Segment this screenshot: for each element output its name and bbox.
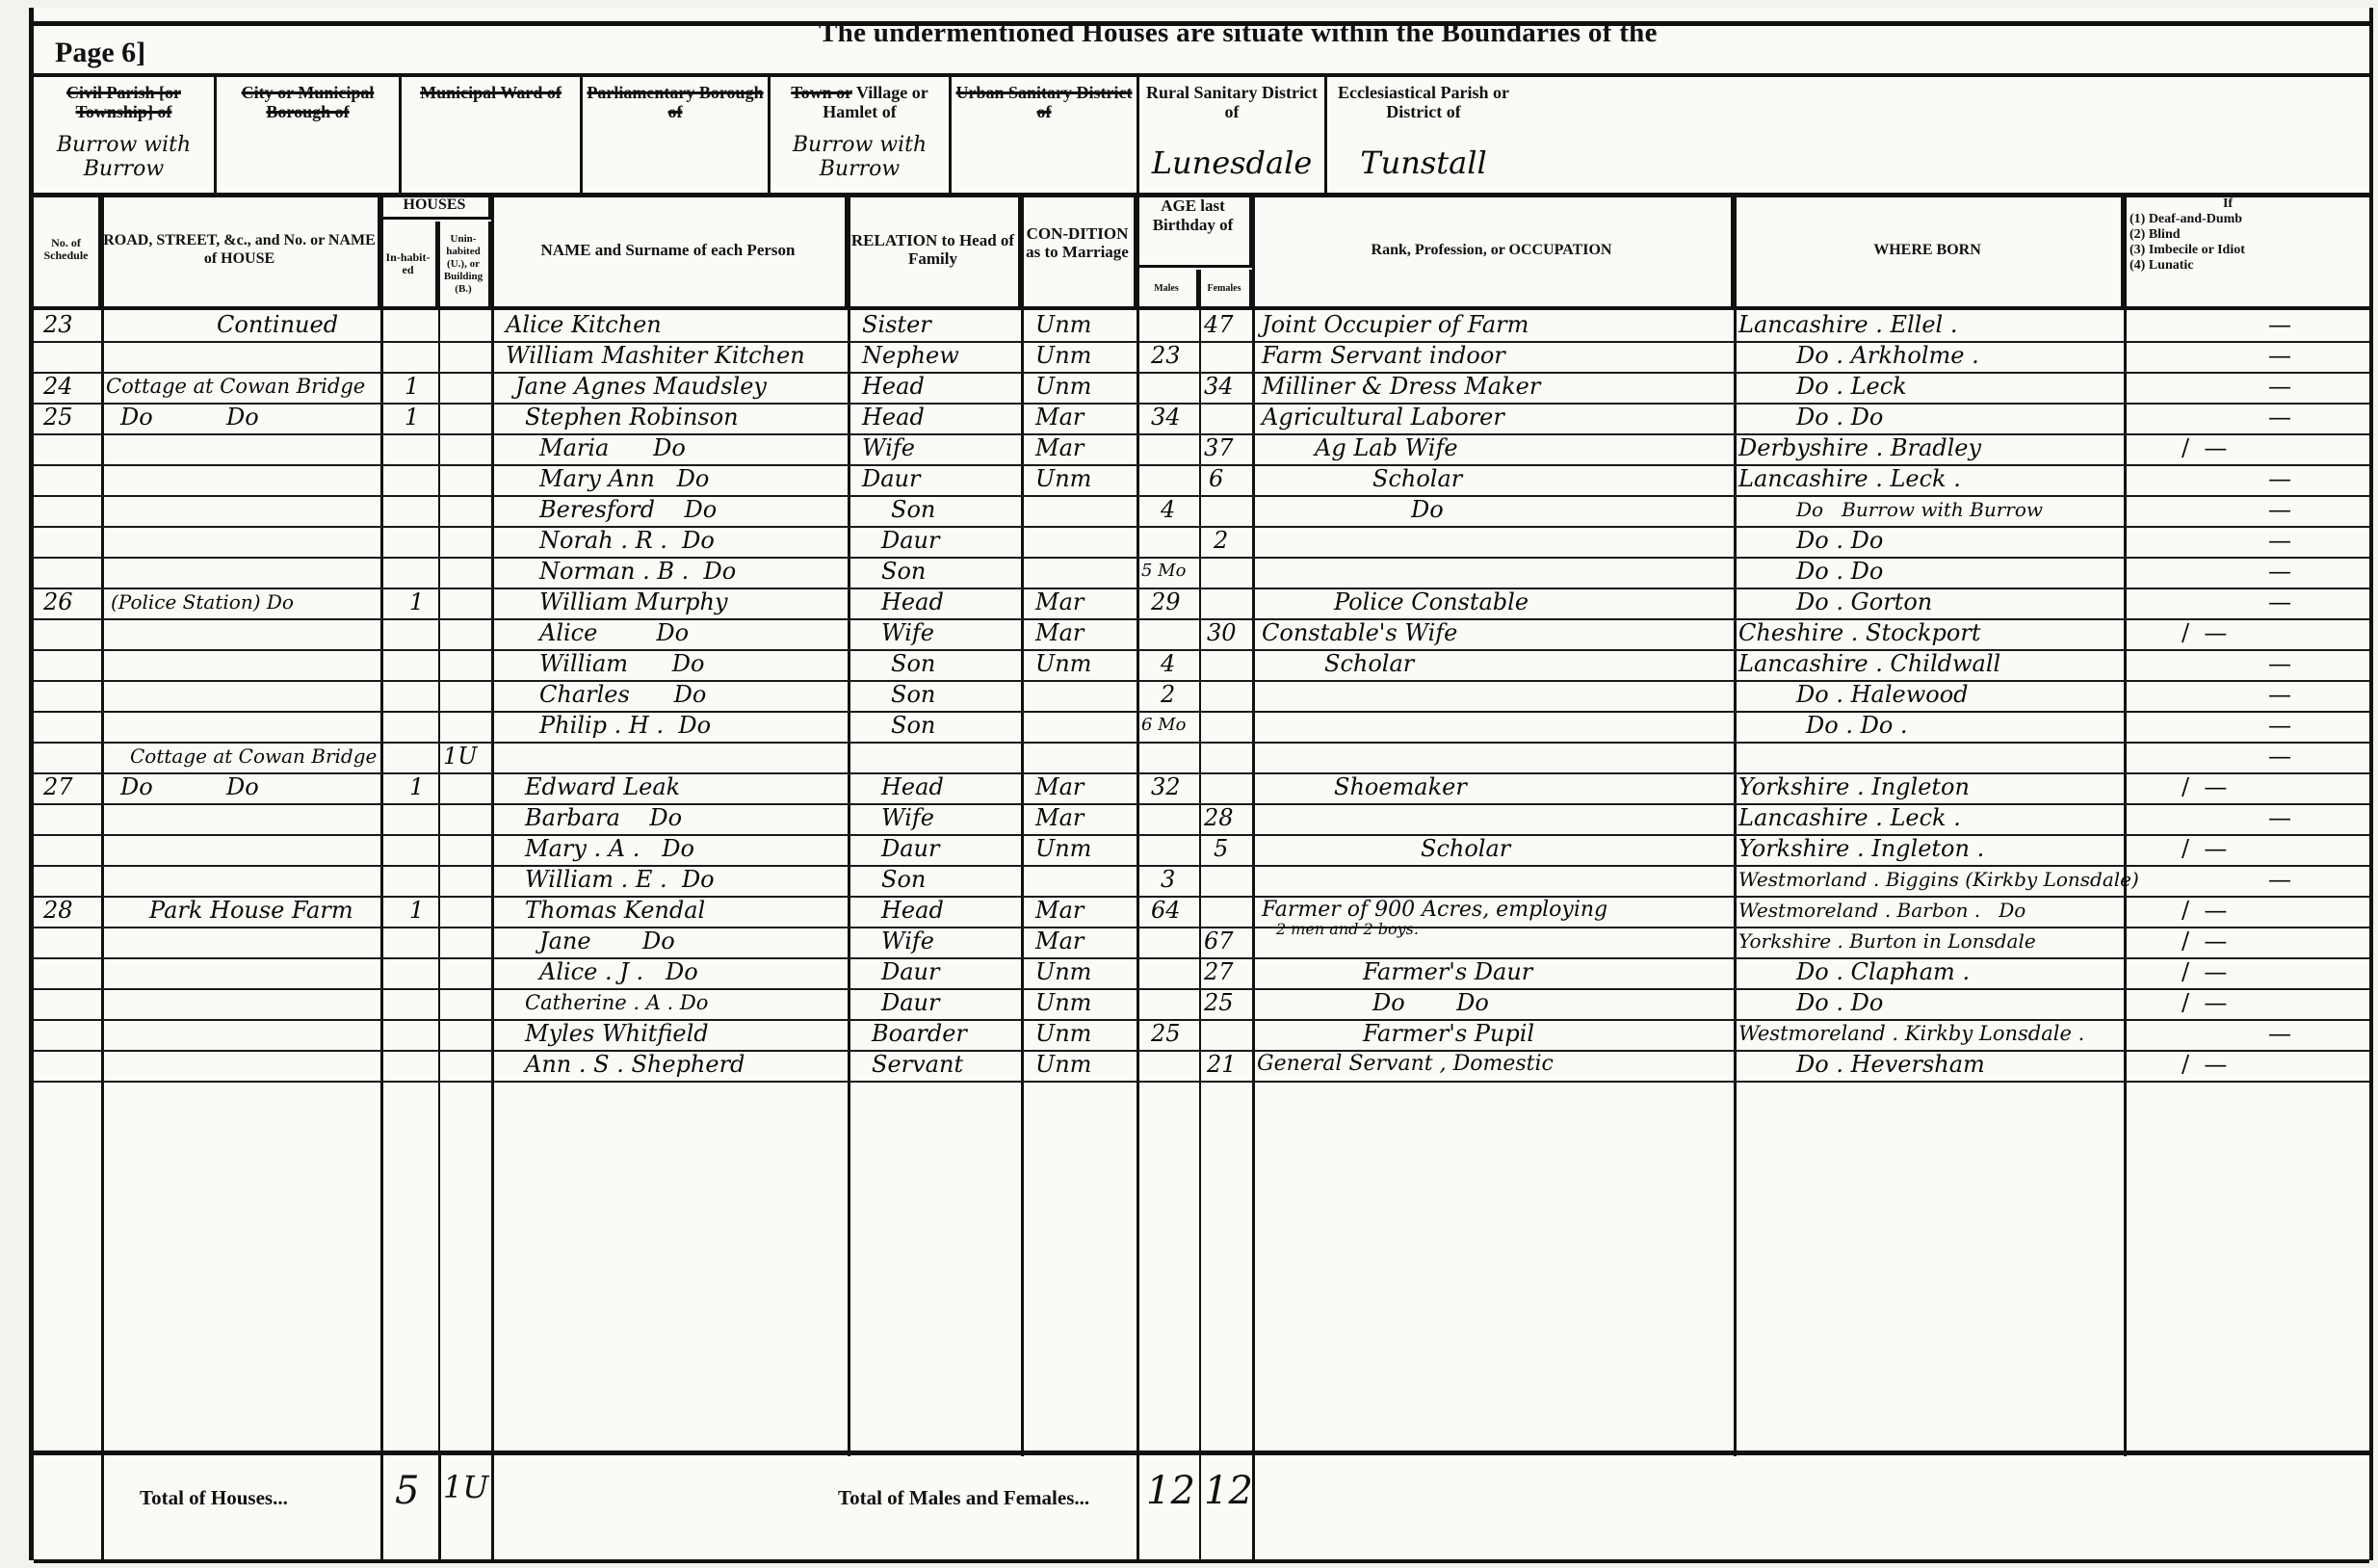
infirmity: / —	[2182, 772, 2227, 803]
person-name: Mary . A . Do	[525, 834, 694, 865]
infirmity: —	[2268, 742, 2291, 772]
birthplace: Do . Clapham .	[1796, 957, 1970, 988]
field-rural-sanitary: Rural Sanitary District of Lunesdale	[1139, 77, 1327, 193]
table-row: Myles Whitfield Boarder Unm 25 Farmer's …	[34, 1019, 2369, 1052]
table-row: 25 Do Do 1 Stephen Robinson Head Mar 34 …	[34, 403, 2369, 435]
age-female: 6	[1209, 464, 1223, 495]
person-name: Charles Do	[539, 680, 706, 711]
occupation: Do	[1411, 495, 1444, 526]
field-urban-sanitary: Urban Sanitary District of	[952, 77, 1139, 193]
person-name: Myles Whitfield	[525, 1019, 709, 1050]
infirmity: —	[2268, 711, 2291, 742]
table-row: Jane Do Wife Mar 67 2 men and 2 boys. Yo…	[34, 927, 2369, 959]
birthplace: Yorkshire . Ingleton .	[1738, 834, 1984, 865]
house-address: Cottage at Cowan Bridge	[106, 372, 365, 403]
age-male: 5 Mo	[1141, 557, 1186, 588]
age-male: 25	[1151, 1019, 1181, 1050]
age-female: 28	[1204, 803, 1234, 834]
table-row: Catherine . A . Do Daur Unm 25 Do Do Do …	[34, 988, 2369, 1021]
relation: Son	[881, 557, 926, 588]
total-inhabited: 5	[395, 1469, 419, 1513]
relation: Head	[881, 896, 944, 927]
occupation: Scholar	[1372, 464, 1462, 495]
table-row: William . E . Do Son 3 Westmorland . Big…	[34, 865, 2369, 898]
infirmity: —	[2268, 495, 2291, 526]
inhabited-count: 1	[405, 372, 419, 403]
occupation: Scholar	[1421, 834, 1510, 865]
uninhabited-count: 1U	[443, 742, 478, 772]
occupation: Farm Servant indoor	[1262, 341, 1505, 372]
civil-parish-value: Burrow with Burrow	[43, 133, 204, 181]
person-name: Philip . H . Do	[539, 711, 711, 742]
schedule-number: 25	[43, 403, 73, 433]
condition: Unm	[1035, 1019, 1091, 1050]
table-row: 23 Continued Alice Kitchen Sister Unm 47…	[34, 310, 2369, 343]
col-age: AGE last Birthday of	[1137, 193, 1252, 268]
table-row: Barbara Do Wife Mar 28 Lancashire . Leck…	[34, 803, 2369, 836]
col-inhabited: In-habit-ed	[380, 222, 438, 306]
boundary-header: Civil Parish [or Township] of Burrow wit…	[34, 73, 2369, 197]
birthplace: Do . Do	[1796, 526, 1883, 557]
relation: Daur	[881, 957, 939, 988]
table-row: William Do Son Unm 4 Scholar Lancashire …	[34, 649, 2369, 682]
birthplace: Westmorland . Biggins (Kirkby Lonsdale)	[1738, 865, 2139, 896]
birthplace: Do . Do	[1796, 557, 1883, 588]
birthplace: Lancashire . Childwall	[1738, 649, 2000, 680]
birthplace: Yorkshire . Burton in Lonsdale	[1738, 927, 2036, 957]
field-municipal-ward: Municipal Ward of	[402, 77, 583, 193]
table-row: Norman . B . Do Son 5 Mo Do . Do —	[34, 557, 2369, 589]
age-male: 6 Mo	[1141, 711, 1186, 742]
relation: Servant	[872, 1050, 963, 1081]
schedule-number: 28	[43, 896, 73, 927]
birthplace: Do . Gorton	[1796, 588, 1932, 618]
field-municipal-borough: City or Municipal Borough of	[217, 77, 402, 193]
relation: Head	[881, 588, 944, 618]
age-female: 34	[1204, 372, 1234, 403]
col-houses: HOUSES	[380, 193, 491, 220]
person-name: Ann . S . Shepherd	[525, 1050, 745, 1081]
relation: Wife	[881, 618, 934, 649]
person-name: Jane Agnes Maudsley	[515, 372, 767, 403]
person-name: Beresford Do	[539, 495, 717, 526]
condition: Unm	[1035, 649, 1091, 680]
table-row: Maria Do Wife Mar 37 Ag Lab Wife Derbysh…	[34, 433, 2369, 466]
relation: Nephew	[862, 341, 959, 372]
birthplace: Yorkshire . Ingleton	[1738, 772, 1970, 803]
relation: Daur	[862, 464, 920, 495]
occupation: Farmer's Daur	[1363, 957, 1532, 988]
person-name: Mary Ann Do	[539, 464, 709, 495]
col-name: NAME and Surname of each Person	[491, 193, 848, 306]
field-civil-parish: Civil Parish [or Township] of Burrow wit…	[34, 77, 217, 193]
age-female: 47	[1204, 310, 1234, 341]
age-male: 4	[1161, 495, 1175, 526]
relation: Head	[881, 772, 944, 803]
table-row: 26 (Police Station) Do 1 William Murphy …	[34, 588, 2369, 620]
relation: Daur	[881, 526, 939, 557]
relation: Sister	[862, 310, 931, 341]
relation: Wife	[881, 927, 934, 957]
person-name: Barbara Do	[525, 803, 682, 834]
age-male: 34	[1151, 403, 1181, 433]
field-village-hamlet: Town or Village or Hamlet of Burrow with…	[771, 77, 952, 193]
col-road: ROAD, STREET, &c., and No. or NAME of HO…	[101, 193, 380, 306]
condition: Mar	[1035, 803, 1084, 834]
schedule-number: 26	[43, 588, 73, 618]
inhabited-count: 1	[409, 896, 424, 927]
table-row: Philip . H . Do Son 6 Mo Do . Do . —	[34, 711, 2369, 744]
condition: Mar	[1035, 588, 1084, 618]
person-name: Alice Kitchen	[506, 310, 662, 341]
infirmity: / —	[2182, 618, 2227, 649]
condition: Mar	[1035, 927, 1084, 957]
table-row: Mary . A . Do Daur Unm 5 Scholar Yorkshi…	[34, 834, 2369, 867]
schedule-number: 24	[43, 372, 73, 403]
person-name: William . E . Do	[525, 865, 715, 896]
birthplace: Do . Heversham	[1796, 1050, 1985, 1081]
total-females: 12	[1204, 1469, 1253, 1513]
rule	[438, 1455, 441, 1559]
house-address: Park House Farm	[149, 896, 353, 927]
table-row: Mary Ann Do Daur Unm 6 Scholar Lancashir…	[34, 464, 2369, 497]
condition: Unm	[1035, 372, 1091, 403]
total-houses-label: Total of Houses...	[140, 1486, 288, 1510]
table-row: Charles Do Son 2 Do . Halewood —	[34, 680, 2369, 713]
relation: Daur	[881, 834, 939, 865]
birthplace: Do Burrow with Burrow	[1796, 495, 2043, 526]
col-relation: RELATION to Head of Family	[848, 193, 1021, 306]
table-row: William Mashiter Kitchen Nephew Unm 23 F…	[34, 341, 2369, 374]
birthplace: Westmoreland . Kirkby Lonsdale .	[1738, 1019, 2084, 1050]
field-parliamentary-borough: Parliamentary Borough of	[583, 77, 771, 193]
occupation: Milliner & Dress Maker	[1262, 372, 1540, 403]
total-persons-label: Total of Males and Females...	[838, 1486, 1089, 1510]
infirmity: —	[2268, 803, 2291, 834]
table-row: 27 Do Do 1 Edward Leak Head Mar 32 Shoem…	[34, 772, 2369, 805]
occupation: Scholar	[1324, 649, 1414, 680]
condition: Mar	[1035, 433, 1084, 464]
age-female: 37	[1204, 433, 1234, 464]
inhabited-count: 1	[409, 772, 424, 803]
age-male: 4	[1161, 649, 1175, 680]
rule	[380, 1455, 383, 1559]
occupation: Ag Lab Wife	[1315, 433, 1458, 464]
occupation: General Servant , Domestic	[1257, 1050, 1554, 1081]
person-name: Maria Do	[539, 433, 686, 464]
condition: Unm	[1035, 341, 1091, 372]
age-male: 3	[1161, 865, 1175, 896]
table-row: Alice . J . Do Daur Unm 27 Farmer's Daur…	[34, 957, 2369, 990]
house-address: Continued	[217, 310, 338, 341]
condition: Unm	[1035, 988, 1091, 1019]
table-row: Norah . R . Do Daur 2 Do . Do —	[34, 526, 2369, 559]
person-name: Alice . J . Do	[539, 957, 698, 988]
col-males: Males	[1137, 270, 1199, 306]
birthplace: Cheshire . Stockport	[1738, 618, 1980, 649]
inhabited-count: 1	[409, 588, 424, 618]
col-uninhabited: Unin-habited (U.), or Building (B.)	[438, 222, 491, 306]
occupation: Agricultural Laborer	[1262, 403, 1504, 433]
person-name: Jane Do	[539, 927, 675, 957]
birthplace: Do . Halewood	[1796, 680, 1969, 711]
birthplace: Do . Do	[1796, 988, 1883, 1019]
condition: Mar	[1035, 403, 1084, 433]
col-infirmity: If (1) Deaf-and-Dumb (2) Blind (3) Imbec…	[2124, 196, 2326, 274]
total-uninhabited: 1U	[443, 1469, 488, 1505]
birthplace: Lancashire . Leck .	[1738, 803, 1961, 834]
age-female: 67	[1204, 927, 1234, 957]
infirmity: —	[2268, 341, 2291, 372]
table-row: 24 Cottage at Cowan Bridge 1 Jane Agnes …	[34, 372, 2369, 405]
age-female: 21	[1207, 1050, 1237, 1081]
infirmity: / —	[2182, 927, 2227, 957]
person-name: Norman . B . Do	[539, 557, 736, 588]
infirmity: —	[2268, 588, 2291, 618]
birthplace: Lancashire . Ellel .	[1738, 310, 1957, 341]
house-address: Do Do	[120, 403, 259, 433]
infirmity: / —	[2182, 957, 2227, 988]
col-occupation: Rank, Profession, or OCCUPATION	[1252, 193, 1734, 306]
inhabited-count: 1	[405, 403, 419, 433]
infirmity: / —	[2182, 988, 2227, 1019]
age-female: 27	[1204, 957, 1234, 988]
infirmity: / —	[2182, 896, 2227, 927]
infirmity: —	[2268, 865, 2291, 896]
table-row: Alice Do Wife Mar 30 Constable's Wife Ch…	[34, 618, 2369, 651]
relation: Son	[891, 495, 935, 526]
schedule-number: 27	[43, 772, 73, 803]
birthplace: Westmoreland . Barbon . Do	[1738, 896, 2025, 927]
boundaries-banner: The undermentioned Houses are situate wi…	[819, 17, 1658, 49]
age-female: 30	[1207, 618, 1237, 649]
relation: Wife	[862, 433, 915, 464]
infirmity: —	[2268, 464, 2291, 495]
infirmity: —	[2268, 1019, 2291, 1050]
condition: Mar	[1035, 896, 1084, 927]
relation: Daur	[881, 988, 939, 1019]
relation: Wife	[881, 803, 934, 834]
condition: Unm	[1035, 310, 1091, 341]
occupation: Constable's Wife	[1262, 618, 1457, 649]
person-name: Catherine . A . Do	[525, 988, 708, 1019]
age-male: 2	[1161, 680, 1175, 711]
person-name: Alice Do	[539, 618, 689, 649]
relation: Son	[881, 865, 926, 896]
age-female: 25	[1204, 988, 1234, 1019]
infirmity: / —	[2182, 1050, 2227, 1081]
birthplace: Lancashire . Leck .	[1738, 464, 1961, 495]
person-name: William Mashiter Kitchen	[506, 341, 805, 372]
person-name: Stephen Robinson	[525, 403, 739, 433]
relation: Son	[891, 649, 935, 680]
person-name: William Do	[539, 649, 704, 680]
occupation: Do Do	[1372, 988, 1489, 1019]
col-where-born: WHERE BORN	[1734, 193, 2124, 306]
column-headings: No. of Schedule ROAD, STREET, &c., and N…	[34, 193, 2369, 310]
relation: Son	[891, 680, 935, 711]
census-sheet: Page 6] The undermentioned Houses are si…	[29, 8, 2373, 1560]
col-females: Females	[1199, 270, 1252, 306]
house-address: Do Do	[120, 772, 259, 803]
col-condition: CON-DITION as to Marriage	[1021, 193, 1137, 306]
birthplace: Do . Do	[1796, 403, 1883, 433]
field-ecclesiastical-parish: Ecclesiastical Parish or District of Tun…	[1327, 77, 1520, 193]
person-name: William Murphy	[539, 588, 728, 618]
age-male: 64	[1151, 896, 1181, 927]
person-name: Norah . R . Do	[539, 526, 715, 557]
relation: Son	[891, 711, 935, 742]
occupation: Police Constable	[1334, 588, 1529, 618]
rural-sanitary-value: Lunesdale	[1149, 144, 1315, 181]
infirmity: —	[2268, 680, 2291, 711]
age-male: 32	[1151, 772, 1181, 803]
relation: Head	[862, 372, 925, 403]
occupation: Shoemaker	[1334, 772, 1467, 803]
condition: Unm	[1035, 957, 1091, 988]
infirmity: —	[2268, 649, 2291, 680]
house-address: Cottage at Cowan Bridge	[130, 742, 377, 772]
condition: Mar	[1035, 618, 1084, 649]
infirmity: —	[2268, 557, 2291, 588]
infirmity: —	[2268, 372, 2291, 403]
birthplace: Do . Arkholme .	[1796, 341, 1979, 372]
table-row: Beresford Do Son 4 Do Do Burrow with Bur…	[34, 495, 2369, 528]
rule	[1199, 1455, 1201, 1559]
col-schedule: No. of Schedule	[34, 193, 101, 306]
ecclesiastical-value: Tunstall	[1337, 144, 1510, 181]
page-number: Page 6]	[55, 37, 145, 69]
house-address: (Police Station) Do	[111, 588, 294, 618]
table-row: Cottage at Cowan Bridge 1U —	[34, 742, 2369, 774]
person-name: Edward Leak	[525, 772, 680, 803]
infirmity: —	[2268, 526, 2291, 557]
birthplace: Do . Do .	[1806, 711, 1908, 742]
age-male: 29	[1151, 588, 1181, 618]
age-female: 5	[1214, 834, 1228, 865]
condition: Unm	[1035, 834, 1091, 865]
total-males: 12	[1146, 1469, 1195, 1513]
relation: Head	[862, 403, 925, 433]
infirmity: / —	[2182, 834, 2227, 865]
condition: Unm	[1035, 1050, 1091, 1081]
rule	[1137, 1455, 1139, 1559]
infirmity: —	[2268, 403, 2291, 433]
occupation: Joint Occupier of Farm	[1262, 310, 1529, 341]
condition: Mar	[1035, 772, 1084, 803]
person-name: Thomas Kendal	[525, 896, 705, 927]
infirmity: —	[2268, 310, 2291, 341]
village-value: Burrow with Burrow	[780, 133, 939, 181]
birthplace: Do . Leck	[1796, 372, 1907, 403]
infirmity: / —	[2182, 433, 2227, 464]
totals-row: Total of Houses... 5 1U Total of Males a…	[34, 1450, 2369, 1563]
age-male: 23	[1151, 341, 1181, 372]
rule	[491, 1455, 494, 1559]
table-row: Ann . S . Shepherd Servant Unm 21 Genera…	[34, 1050, 2369, 1083]
relation: Boarder	[872, 1019, 967, 1050]
birthplace: Derbyshire . Bradley	[1738, 433, 1981, 464]
occupation: 2 men and 2 boys.	[1276, 915, 1419, 946]
schedule-number: 23	[43, 310, 73, 341]
condition: Unm	[1035, 464, 1091, 495]
table-row: 28 Park House Farm 1 Thomas Kendal Head …	[34, 896, 2369, 928]
age-female: 2	[1214, 526, 1228, 557]
occupation: Farmer's Pupil	[1363, 1019, 1534, 1050]
